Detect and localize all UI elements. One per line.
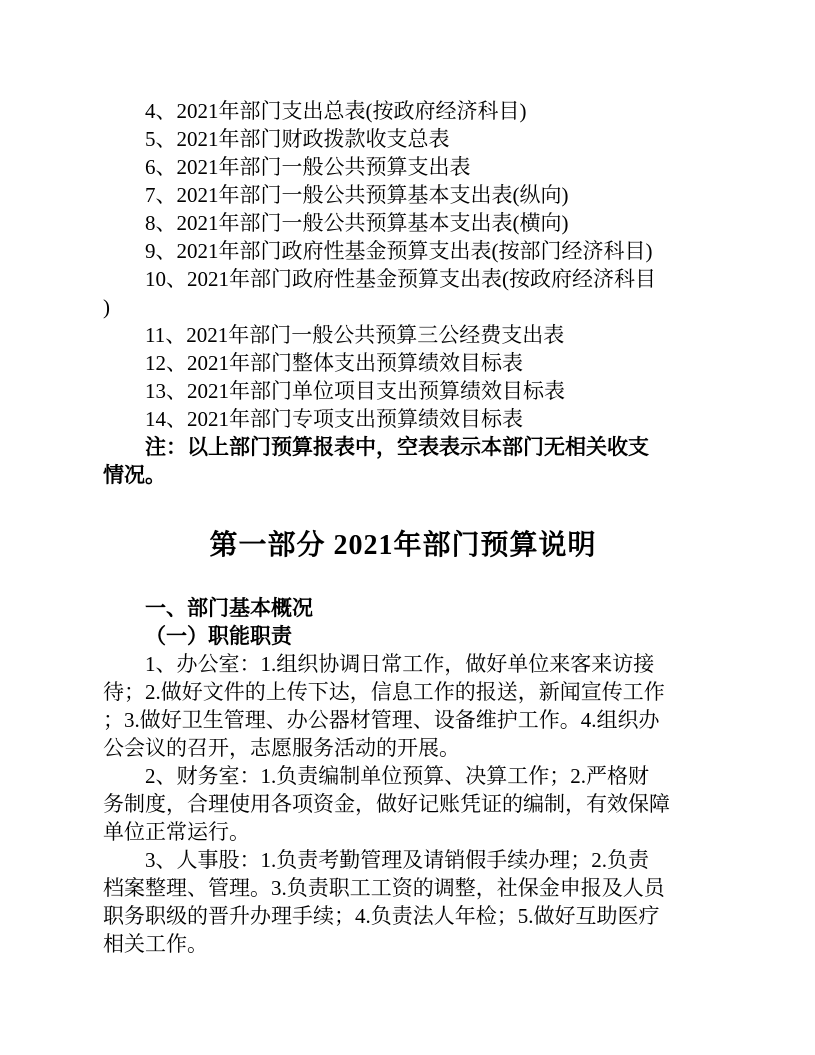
text-line: （一）职能职责 — [103, 622, 703, 650]
text-line: 7、2021年部门一般公共预算基本支出表(纵向) — [103, 181, 703, 209]
text-line: 一、部门基本概况 — [103, 594, 703, 622]
text-line: ；3.做好卫生管理、办公器材管理、设备维护工作。4.组织办 — [103, 706, 703, 734]
text-line: 13、2021年部门单位项目支出预算绩效目标表 — [103, 377, 703, 405]
text-line: 档案整理、管理。3.负责职工工资的调整，社保金申报及人员 — [103, 874, 703, 902]
text-line: 2、财务室：1.负责编制单位预算、决算工作；2.严格财 — [103, 762, 703, 790]
text-line: 12、2021年部门整体支出预算绩效目标表 — [103, 349, 703, 377]
budget-description: 一、部门基本概况（一）职能职责1、办公室：1.组织协调日常工作，做好单位来客来访… — [103, 594, 703, 958]
document-content: 4、2021年部门支出总表(按政府经济科目)5、2021年部门财政拨款收支总表6… — [103, 97, 703, 958]
text-line: 公会议的召开，志愿服务活动的开展。 — [103, 734, 703, 762]
text-line: 4、2021年部门支出总表(按政府经济科目) — [103, 97, 703, 125]
document-page: 4、2021年部门支出总表(按政府经济科目)5、2021年部门财政拨款收支总表6… — [0, 0, 815, 1055]
text-line: 待；2.做好文件的上传下达，信息工作的报送，新闻宣传工作 — [103, 678, 703, 706]
text-line: 单位正常运行。 — [103, 818, 703, 846]
text-line: 6、2021年部门一般公共预算支出表 — [103, 153, 703, 181]
text-line: 11、2021年部门一般公共预算三公经费支出表 — [103, 321, 703, 349]
text-line: 14、2021年部门专项支出预算绩效目标表 — [103, 405, 703, 433]
text-line: 注：以上部门预算报表中，空表表示本部门无相关收支 — [103, 433, 703, 461]
text-line: ) — [103, 293, 703, 321]
text-line: 9、2021年部门政府性基金预算支出表(按部门经济科目) — [103, 237, 703, 265]
text-line: 相关工作。 — [103, 930, 703, 958]
text-line: 5、2021年部门财政拨款收支总表 — [103, 125, 703, 153]
section-heading: 第一部分 2021年部门预算说明 — [103, 528, 703, 564]
text-line: 1、办公室：1.组织协调日常工作，做好单位来客来访接 — [103, 650, 703, 678]
attachment-list: 4、2021年部门支出总表(按政府经济科目)5、2021年部门财政拨款收支总表6… — [103, 97, 703, 489]
text-line: 情况。 — [103, 461, 703, 489]
text-line: 8、2021年部门一般公共预算基本支出表(横向) — [103, 209, 703, 237]
text-line: 3、人事股：1.负责考勤管理及请销假手续办理；2.负责 — [103, 846, 703, 874]
text-line: 职务职级的晋升办理手续；4.负责法人年检；5.做好互助医疗 — [103, 902, 703, 930]
text-line: 务制度，合理使用各项资金，做好记账凭证的编制，有效保障 — [103, 790, 703, 818]
text-line: 10、2021年部门政府性基金预算支出表(按政府经济科目 — [103, 265, 703, 293]
